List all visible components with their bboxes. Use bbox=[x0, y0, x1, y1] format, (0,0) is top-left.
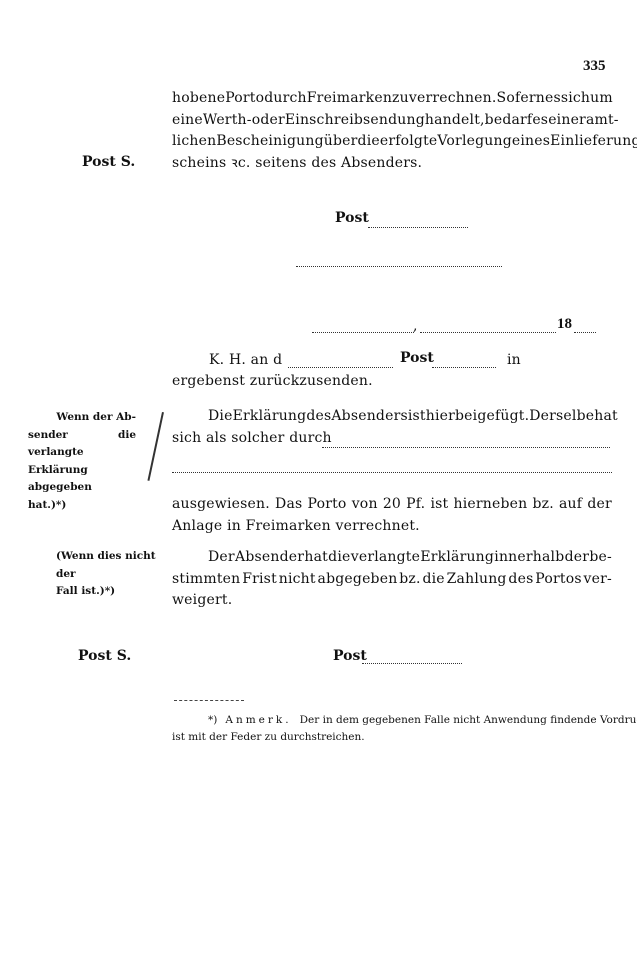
margin-note-line: hat.)*) bbox=[28, 497, 136, 515]
paragraph-line: scheins ꝛc. seitens des Absenders. bbox=[172, 153, 612, 175]
post-signature-field-bottom[interactable] bbox=[362, 662, 462, 664]
footnote-marker: *) bbox=[208, 712, 217, 729]
post-signature-label: Post bbox=[335, 210, 369, 226]
footnote: *) Anmerk. Der in dem gegebenen Falle ni… bbox=[172, 712, 612, 746]
footnote-text-line: ist mit der Feder zu durchstreichen. bbox=[172, 729, 612, 746]
return-suffix: in bbox=[507, 350, 521, 372]
option-2-margin-note: (Wenn dies nicht der Fall ist.)*) bbox=[56, 548, 176, 601]
return-post-field[interactable] bbox=[432, 366, 496, 368]
option-1-margin-note: Wenn der Ab- sender die verlangte Erklär… bbox=[28, 409, 136, 514]
return-destination-field[interactable] bbox=[288, 366, 393, 368]
return-prefix: K. H. an d bbox=[209, 350, 282, 372]
option-line: weigert. bbox=[172, 590, 612, 612]
option-line: DieErklärungdesAbsendersisthierbeigefügt… bbox=[172, 406, 612, 428]
return-post-label: Post bbox=[400, 350, 434, 366]
page-number: 335 bbox=[583, 58, 606, 75]
year-prefix: 18 bbox=[557, 316, 572, 333]
signature-field[interactable] bbox=[296, 265, 502, 267]
footnote-text-line: Der in dem gegebenen Falle nicht Anwendu… bbox=[300, 712, 637, 729]
option-line: Anlage in Freimarken verrechnet. bbox=[172, 516, 612, 538]
option-2-text: DerAbsenderhatdieverlangteErklärunginner… bbox=[172, 547, 612, 612]
margin-note-line: (Wenn dies nicht der bbox=[56, 548, 176, 583]
post-name-field[interactable] bbox=[368, 226, 468, 228]
paragraph-line: lichenBescheinigungüberdieerfolgteVorleg… bbox=[172, 131, 612, 153]
option-line: DerAbsenderhatdieverlangteErklärunginner… bbox=[172, 547, 612, 569]
place-field[interactable] bbox=[312, 331, 414, 333]
identification-field[interactable] bbox=[322, 446, 610, 448]
margin-note-line: Erklärung abgegeben bbox=[28, 462, 136, 497]
return-second-line: ergebenst zurückzusenden. bbox=[172, 371, 373, 393]
option-line: stimmtenFristnichtabgegebenbz.dieZahlung… bbox=[172, 569, 612, 591]
identification-field-continued[interactable] bbox=[172, 471, 612, 473]
option-1-continuation: ausgewiesen.DasPortovon20Pf.isthierneben… bbox=[172, 494, 612, 537]
option-1-text: DieErklärungdesAbsendersisthierbeigefügt… bbox=[172, 406, 612, 449]
date-field[interactable] bbox=[420, 331, 556, 333]
date-separator: , bbox=[413, 316, 418, 338]
paragraph-line: hobenePortodurchFreimarkenzuverrechnen.S… bbox=[172, 88, 612, 110]
option-line: ausgewiesen.DasPortovon20Pf.isthierneben… bbox=[172, 494, 612, 516]
post-office-label: Post S. bbox=[82, 154, 135, 170]
margin-note-line: Wenn der Ab- bbox=[28, 409, 136, 427]
top-paragraph: hobenePortodurchFreimarkenzuverrechnen.S… bbox=[172, 88, 612, 174]
margin-note-line: Fall ist.)*) bbox=[56, 583, 176, 601]
footnote-label: Anmerk. bbox=[225, 712, 291, 729]
margin-note-line: sender die verlangte bbox=[28, 427, 136, 462]
bracket-slash bbox=[147, 412, 164, 481]
post-office-label-bottom: Post S. bbox=[78, 648, 131, 664]
footnote-rule bbox=[174, 700, 244, 701]
year-field[interactable] bbox=[574, 331, 596, 333]
paragraph-line: eineWerth-oderEinschreibsendunghandelt,b… bbox=[172, 110, 612, 132]
